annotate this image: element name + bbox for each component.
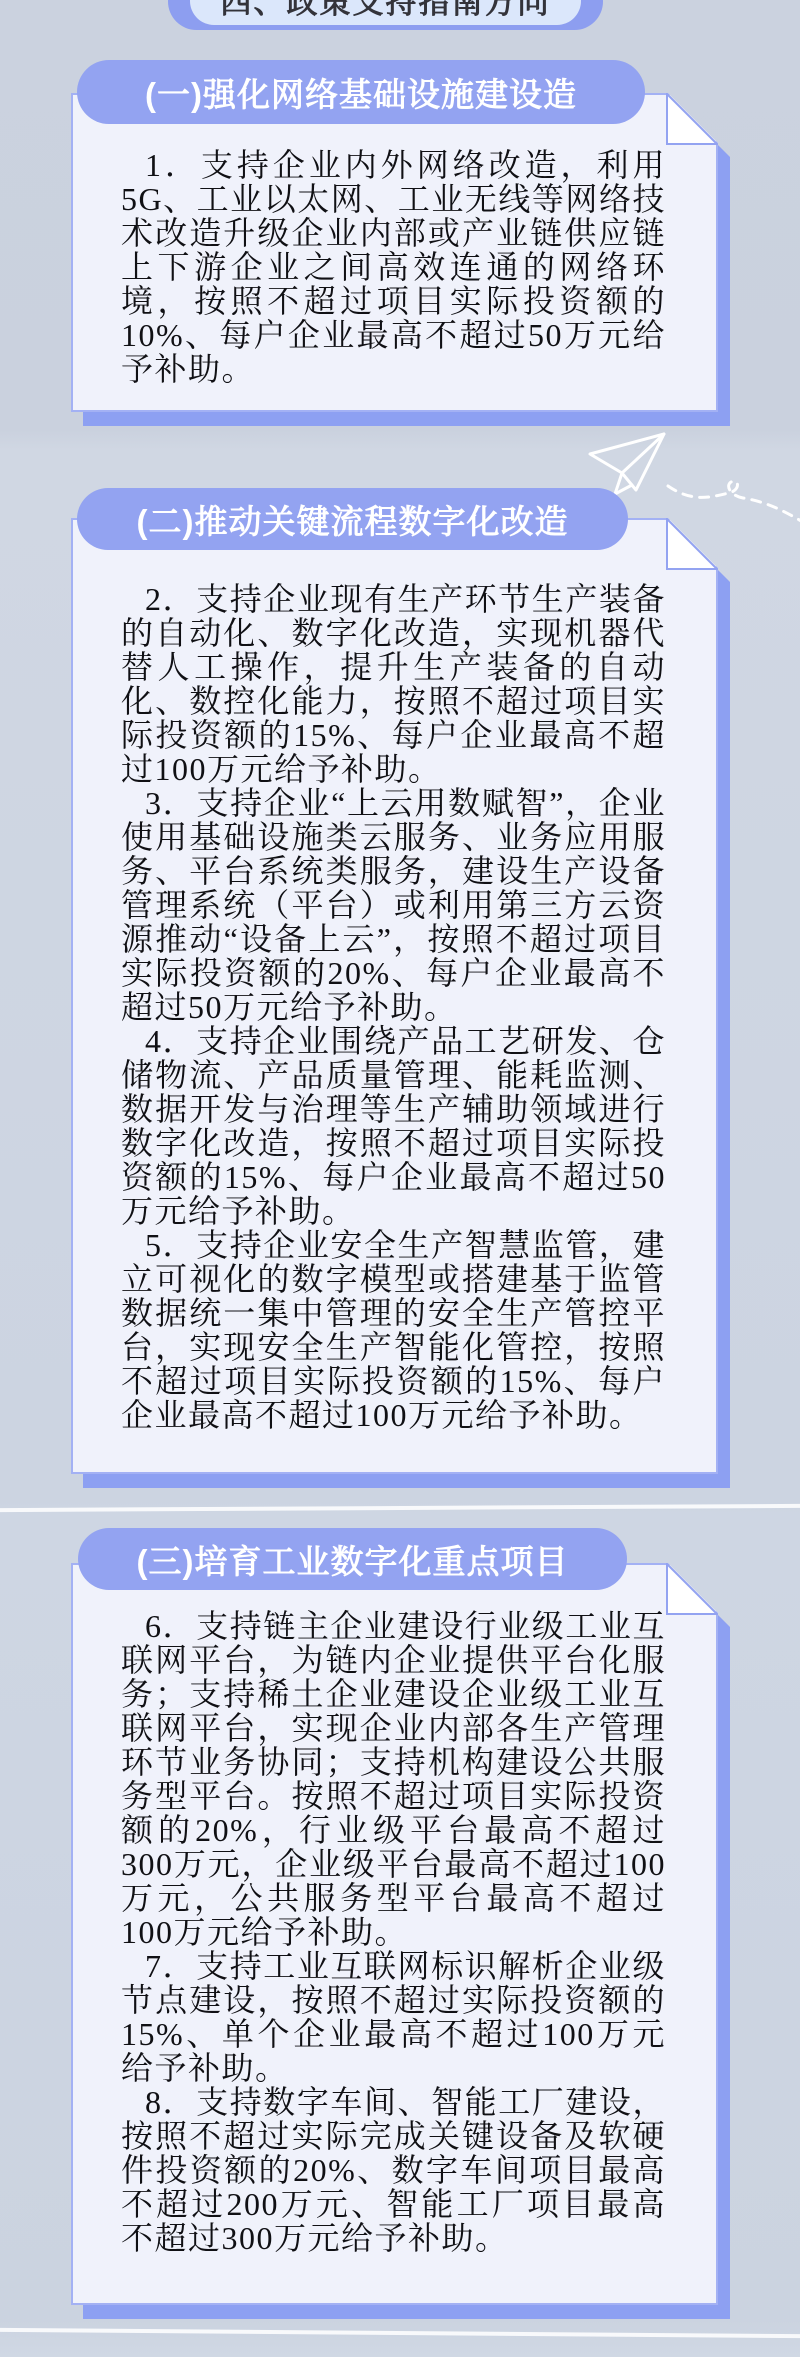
paragraph-2: 2．支持企业现有生产环节生产装备的自动化、数字化改造，实现机器代替人工操作，提升… — [121, 582, 666, 786]
section-3-heading: (三)培育工业数字化重点项目 — [78, 1528, 627, 1590]
page-title-banner-inner: 四、政策支持指南方向 — [190, 0, 581, 25]
card-3-text: 6．支持链主企业建设行业级工业互联网平台，为链内企业提供平台化服务；支持稀土企业… — [121, 1609, 666, 2255]
paragraph-7: 7．支持工业互联网标识解析企业级节点建设，按照不超过实际投资额的15%、单个企业… — [121, 1949, 666, 2085]
divider-streak — [0, 2328, 800, 2338]
divider-streak — [0, 1504, 800, 1512]
paragraph-3: 3．支持企业“上云用数赋智”，企业使用基础设施类云服务、业务应用服务、平台系统类… — [121, 786, 666, 1024]
policy-card-2: 2．支持企业现有生产环节生产装备的自动化、数字化改造，实现机器代替人工操作，提升… — [71, 518, 718, 1474]
paragraph-6: 6．支持链主企业建设行业级工业互联网平台，为链内企业提供平台化服务；支持稀土企业… — [121, 1609, 666, 1949]
card-1-text: 1．支持企业内外网络改造，利用5G、工业以太网、工业无线等网络技术改造升级企业内… — [121, 148, 666, 386]
card-2-text: 2．支持企业现有生产环节生产装备的自动化、数字化改造，实现机器代替人工操作，提升… — [121, 582, 666, 1432]
policy-card-3: 6．支持链主企业建设行业级工业互联网平台，为链内企业提供平台化服务；支持稀土企业… — [71, 1563, 718, 2305]
folded-corner-icon — [666, 93, 718, 145]
page-title: 四、政策支持指南方向 — [221, 0, 551, 22]
paragraph-1: 1．支持企业内外网络改造，利用5G、工业以太网、工业无线等网络技术改造升级企业内… — [121, 148, 666, 386]
section-2-heading: (二)推动关键流程数字化改造 — [77, 488, 628, 550]
paragraph-8: 8．支持数字车间、智能工厂建设，按照不超过实际完成关键设备及软硬件投资额的20%… — [121, 2085, 666, 2255]
section-1-heading: (一)强化网络基础设施建设造 — [77, 60, 645, 124]
policy-card-1: 1．支持企业内外网络改造，利用5G、工业以太网、工业无线等网络技术改造升级企业内… — [71, 93, 718, 412]
folded-corner-icon — [666, 1563, 718, 1615]
paragraph-5: 5．支持企业安全生产智慧监管，建立可视化的数字模型或搭建基于监管数据统一集中管理… — [121, 1228, 666, 1432]
paragraph-4: 4．支持企业围绕产品工艺研发、仓储物流、产品质量管理、能耗监测、数据开发与治理等… — [121, 1024, 666, 1228]
page-title-banner: 四、政策支持指南方向 — [168, 0, 603, 30]
